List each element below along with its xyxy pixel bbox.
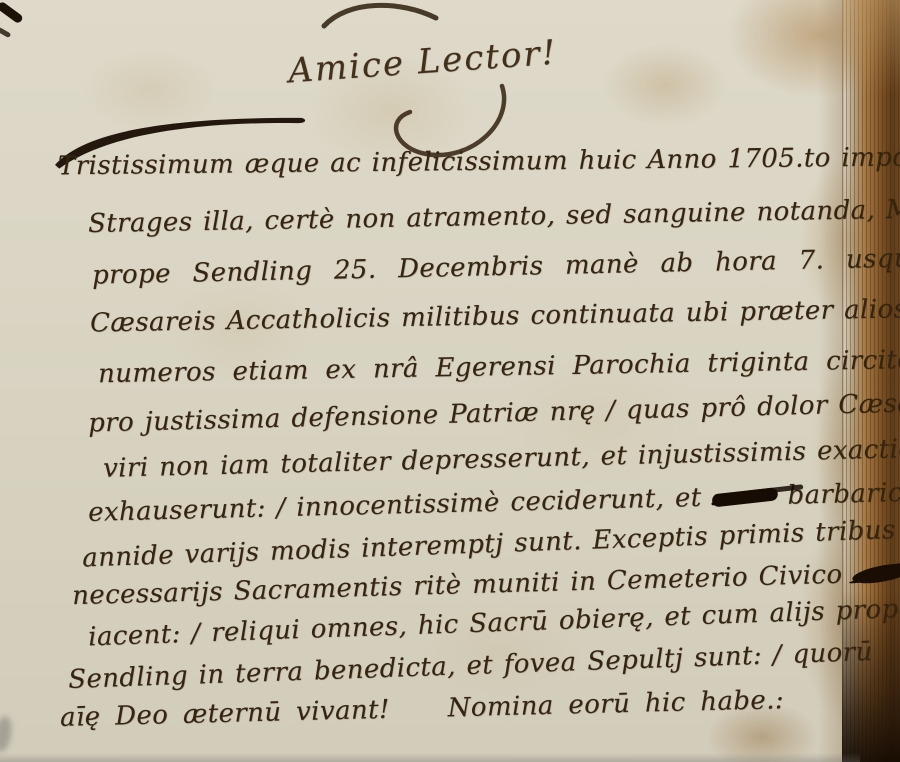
ink-blot [850,560,900,587]
margin-ink-mark-icon [0,1,24,25]
manuscript-line: pro justissima defensione Patriæ nrę / q… [88,387,900,438]
line-text: aīę Deo æternū vivant! [60,695,390,733]
line-text: pro justissima defensione Patriæ nrę / q… [88,387,900,438]
line-text: prope Sendling 25. Decembris manè ab hor… [92,241,900,290]
line-text: Nomina eorū hic habe.: [447,685,784,723]
manuscript-line: Cæsareis Accatholicis militibus continua… [90,293,900,338]
manuscript-line: viri non iam totaliter depresserunt, et … [103,432,900,484]
manuscript-line: Strages illa, certè non atramento, sed s… [88,193,900,239]
margin-ink-mark-icon [0,27,11,38]
line-gap [390,708,448,710]
manuscript-page: Amice Lector! Tristissimum æque ac infel… [0,0,900,762]
manuscript-line: aīę Deo æternū vivant! Nomina eorū hic h… [60,685,785,733]
manuscript-line: numeros etiam ex nrâ Egerensi Parochia t… [98,345,900,389]
margin-smudge [0,715,14,753]
cutoff-flourish [318,0,448,30]
line-text: viri non iam totaliter depresserunt, et … [103,432,900,484]
line-text: barbarica tyr- [787,476,900,511]
ink-blot [711,487,778,507]
line-text: exhauserunt: / innocentissimè ceciderunt… [88,483,702,528]
line-text: Strages illa, certè non atramento, sed s… [88,193,900,239]
manuscript-line: prope Sendling 25. Decembris manè ab hor… [92,241,900,290]
bottom-scan-shadow [0,753,860,762]
line-text: Cæsareis Accatholicis militibus continua… [90,293,900,338]
line-text: numeros etiam ex nrâ Egerensi Parochia t… [98,345,900,389]
